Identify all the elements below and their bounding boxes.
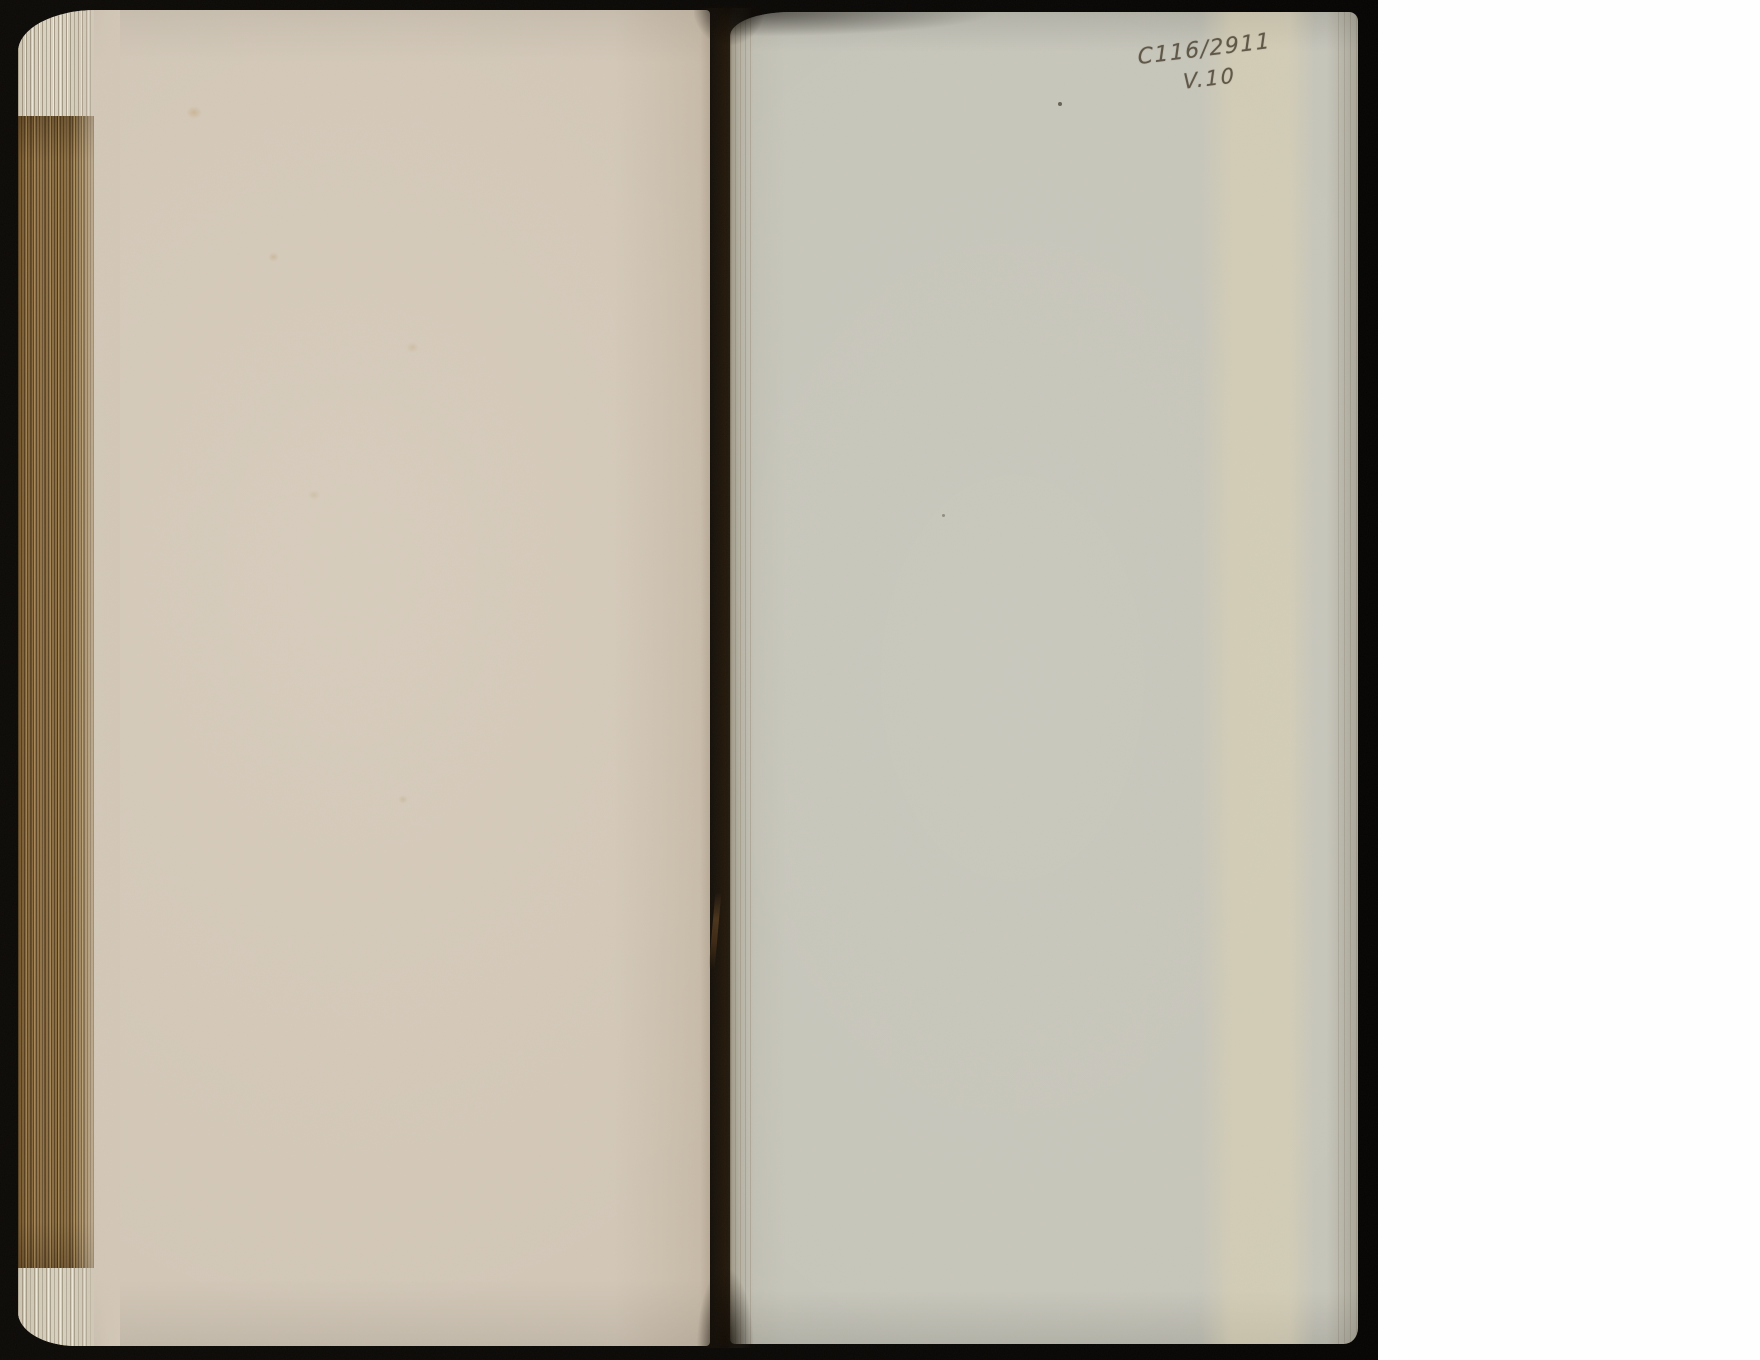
paper-speck <box>942 514 945 517</box>
gutter-shadow <box>700 8 752 1348</box>
book-scan-image: C116/2911 V.10 <box>0 0 1760 1360</box>
right-page: C116/2911 V.10 <box>730 12 1358 1344</box>
right-page-outer-edges <box>1338 12 1358 1344</box>
foxing-spot <box>398 795 408 804</box>
foxing-spot <box>308 490 320 500</box>
outer-white-margin <box>1378 0 1760 1360</box>
gutter-top-shadow <box>694 6 764 62</box>
right-page-top-shadow <box>730 12 1070 46</box>
paper-speck <box>1058 102 1062 106</box>
fore-edge-blend <box>74 10 120 1346</box>
left-page <box>18 10 710 1346</box>
foxing-spot <box>186 106 202 119</box>
gutter-bottom-shadow <box>692 1236 756 1348</box>
handwritten-shelfmark: C116/2911 V.10 <box>1137 28 1273 100</box>
foxing-spot <box>268 252 279 262</box>
foxing-spot <box>406 342 419 353</box>
